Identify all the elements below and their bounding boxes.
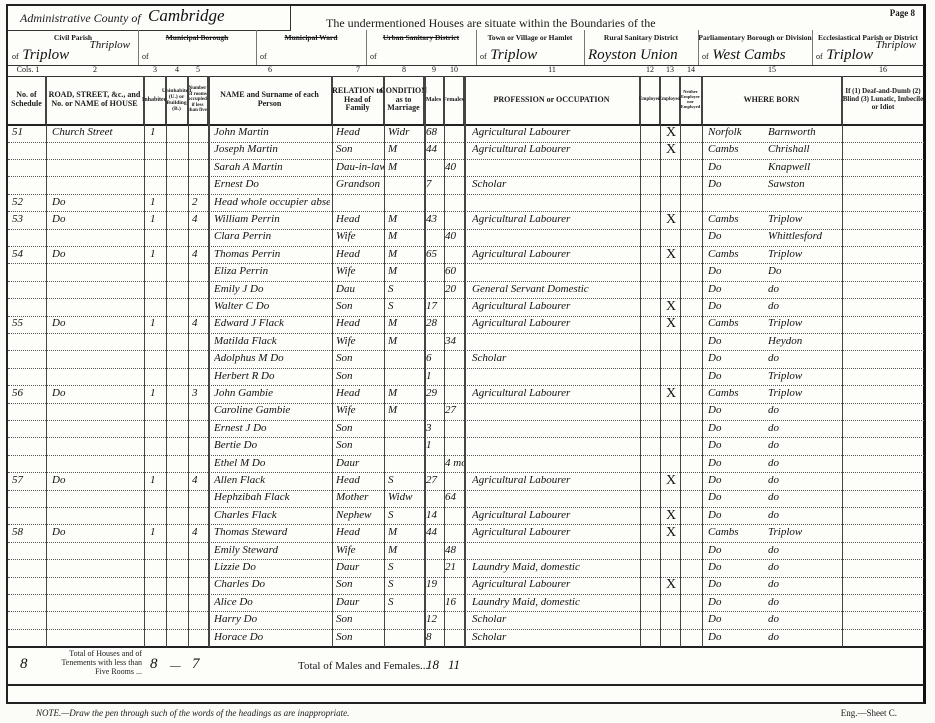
occupation: Laundry Maid, domestic <box>472 559 638 577</box>
condition: M <box>388 263 422 281</box>
rooms-count <box>192 542 206 560</box>
houses-inhabited <box>150 629 164 647</box>
of-prefix: of <box>816 52 823 61</box>
born-county: Cambs <box>708 315 758 333</box>
area-rural-sanitary: Rural Sanitary District Royston Union <box>584 30 699 65</box>
born-place: do <box>768 542 840 560</box>
schedule-number <box>12 333 42 351</box>
condition <box>388 368 422 386</box>
schedule-number <box>12 489 42 507</box>
condition <box>388 194 422 212</box>
person-name: John Gambie <box>214 385 330 403</box>
born-county: Do <box>708 576 758 594</box>
born-place: do <box>768 594 840 612</box>
area-value-text: West Cambs <box>712 47 785 63</box>
table-row: 56Do13John GambieHeadM29Agricultural Lab… <box>8 385 924 404</box>
houses-inhabited: 1 <box>150 472 164 490</box>
column-rule <box>464 76 466 647</box>
col-num: 13 <box>660 65 680 74</box>
table-row: Bertie DoSon1Dodo <box>8 437 924 456</box>
occupation <box>472 194 638 212</box>
street-name <box>52 333 142 351</box>
age-male: 12 <box>426 611 444 629</box>
area-value: of Triplow <box>12 47 69 64</box>
employed-mark: X <box>664 124 678 142</box>
age-female <box>445 211 464 229</box>
houses-inhabited: 1 <box>150 194 164 212</box>
occupation <box>472 228 638 246</box>
occupation <box>472 159 638 177</box>
born-place: Triplow <box>768 315 840 333</box>
header-males: Males <box>424 76 444 124</box>
age-female <box>445 420 464 438</box>
street-name <box>52 489 142 507</box>
born-county: Do <box>708 559 758 577</box>
age-female <box>445 611 464 629</box>
table-row: Alice DoDaurS16Laundry Maid, domesticDod… <box>8 594 924 613</box>
person-name: Walter C Do <box>214 298 330 316</box>
table-row: 52Do12Head whole occupier absent <box>8 194 924 213</box>
street-name <box>52 455 142 473</box>
person-name: Edward J Flack <box>214 315 330 333</box>
relation <box>336 194 384 212</box>
relation: Dau-in-law <box>336 159 384 177</box>
condition: M <box>388 524 422 542</box>
area-ecclesiastical: Ecclesiastical Parish or District Thripl… <box>812 30 924 65</box>
county-label: Administrative County of <box>20 11 141 26</box>
born-place: do <box>768 489 840 507</box>
schedule-number <box>12 176 42 194</box>
born-county: Do <box>708 281 758 299</box>
column-rule <box>680 76 681 647</box>
schedule-number: 51 <box>12 124 42 142</box>
table-row: Horace DoSon8ScholarDodo <box>8 629 924 648</box>
schedule-number <box>12 402 42 420</box>
age-male: 28 <box>426 315 444 333</box>
occupation <box>472 263 638 281</box>
street-name: Church Street <box>52 124 142 142</box>
column-rule <box>188 76 189 647</box>
age-male: 8 <box>426 629 444 647</box>
houses-inhabited: 1 <box>150 315 164 333</box>
schedule-number: 57 <box>12 472 42 490</box>
born-county: Cambs <box>708 385 758 403</box>
person-name: Harry Do <box>214 611 330 629</box>
column-rule <box>702 76 703 647</box>
rooms-count <box>192 629 206 647</box>
employed-mark <box>664 420 678 438</box>
condition: M <box>388 542 422 560</box>
area-municipal-borough: Municipal Borough of <box>138 30 257 65</box>
houses-inhabited: 1 <box>150 385 164 403</box>
employed-mark: X <box>664 141 678 159</box>
rooms-count <box>192 402 206 420</box>
rooms-count <box>192 159 206 177</box>
born-place: do <box>768 350 840 368</box>
employed-mark <box>664 437 678 455</box>
employed-mark <box>664 176 678 194</box>
schedule-number: 54 <box>12 246 42 264</box>
street-name: Do <box>52 246 142 264</box>
schedule-number: 52 <box>12 194 42 212</box>
census-sheet: Administrative County of Cambridge The u… <box>6 4 926 704</box>
relation: Head <box>336 385 384 403</box>
street-name <box>52 559 142 577</box>
area-value-text: Royston Union <box>588 47 678 64</box>
street-name <box>52 576 142 594</box>
houses-inhabited <box>150 455 164 473</box>
table-row: Charles FlackNephewS14Agricultural Labou… <box>8 507 924 526</box>
header-relation: RELATION to Head of Family <box>332 76 384 124</box>
area-label: Municipal Borough <box>138 33 256 42</box>
total-schedules: 8 <box>20 656 28 673</box>
table-row: Caroline GambieWifeM27Dodo <box>8 402 924 421</box>
relation: Mother <box>336 489 384 507</box>
rooms-count: 4 <box>192 472 206 490</box>
born-county: Do <box>708 611 758 629</box>
person-name: William Perrin <box>214 211 330 229</box>
rooms-count <box>192 263 206 281</box>
schedule-number <box>12 576 42 594</box>
total-persons-label: Total of Males and Females... <box>298 660 428 672</box>
totals-row: 8 Total of Houses and of Tenements with … <box>8 646 924 686</box>
area-label: Municipal Ward <box>256 33 366 42</box>
area-value-text: Triplow <box>490 47 537 63</box>
total-rooms: 7 <box>192 656 200 673</box>
employed-mark: X <box>664 524 678 542</box>
occupation: Agricultural Labourer <box>472 246 638 264</box>
occupation: Scholar <box>472 350 638 368</box>
born-place: do <box>768 559 840 577</box>
born-place: Knapwell <box>768 159 840 177</box>
age-female: 4 mo <box>445 455 464 473</box>
condition: M <box>388 315 422 333</box>
condition: S <box>388 298 422 316</box>
employed-mark: X <box>664 576 678 594</box>
occupation <box>472 402 638 420</box>
col-num: 2 <box>46 65 144 74</box>
born-place: Sawston <box>768 176 840 194</box>
table-row: 55Do14Edward J FlackHeadM28Agricultural … <box>8 315 924 334</box>
person-name: John Martin <box>214 124 330 142</box>
born-county: Do <box>708 629 758 647</box>
houses-inhabited <box>150 559 164 577</box>
rooms-count <box>192 333 206 351</box>
occupation: Agricultural Labourer <box>472 385 638 403</box>
age-female <box>445 350 464 368</box>
condition <box>388 420 422 438</box>
table-row: Harry DoSon12ScholarDodo <box>8 611 924 630</box>
rooms-count <box>192 228 206 246</box>
occupation: Agricultural Labourer <box>472 315 638 333</box>
occupation: Agricultural Labourer <box>472 298 638 316</box>
area-boundaries: Civil Parish Thriplow of Triplow Municip… <box>8 30 924 66</box>
area-urban-sanitary: Urban Sanitary District of <box>366 30 477 65</box>
relation: Head <box>336 246 384 264</box>
table-row: Charles DoSonS19Agricultural LabourerXDo… <box>8 576 924 595</box>
person-name: Allen Flack <box>214 472 330 490</box>
table-row: Ethel M DoDaur4 moDodo <box>8 455 924 474</box>
rooms-count <box>192 368 206 386</box>
street-name <box>52 298 142 316</box>
condition <box>388 176 422 194</box>
born-place: Do <box>768 263 840 281</box>
schedule-number <box>12 141 42 159</box>
condition: S <box>388 472 422 490</box>
born-place: do <box>768 507 840 525</box>
rooms-count: 4 <box>192 246 206 264</box>
age-female <box>445 629 464 647</box>
condition <box>388 437 422 455</box>
area-label: Parliamentary Borough or Division <box>698 33 812 42</box>
area-correction: Thriplow <box>90 39 130 51</box>
houses-inhabited <box>150 141 164 159</box>
street-name <box>52 176 142 194</box>
relation: Wife <box>336 228 384 246</box>
street-name: Do <box>52 194 142 212</box>
employed-mark <box>664 159 678 177</box>
born-place: Whittlesford <box>768 228 840 246</box>
schedule-number <box>12 437 42 455</box>
header-rooms: Number of rooms occupied if less than fi… <box>188 76 208 124</box>
street-name: Do <box>52 315 142 333</box>
street-name <box>52 228 142 246</box>
relation: Wife <box>336 263 384 281</box>
schedule-number <box>12 281 42 299</box>
condition: S <box>388 559 422 577</box>
page-label: Page 8 <box>890 8 915 18</box>
occupation: Agricultural Labourer <box>472 507 638 525</box>
employed-mark <box>664 402 678 420</box>
employed-mark <box>664 228 678 246</box>
born-place: Heydon <box>768 333 840 351</box>
age-female: 48 <box>445 542 464 560</box>
born-place <box>768 194 840 212</box>
col-num: 3 <box>144 65 166 74</box>
born-county: Do <box>708 159 758 177</box>
person-name: Ernest J Do <box>214 420 330 438</box>
col-num: 12 <box>640 65 660 74</box>
column-rule <box>444 76 445 647</box>
rooms-count <box>192 594 206 612</box>
sheet-id: Eng.—Sheet C. <box>841 708 897 718</box>
person-name: Caroline Gambie <box>214 402 330 420</box>
header-name: NAME and Surname of each Person <box>208 76 332 124</box>
rooms-count <box>192 455 206 473</box>
occupation <box>472 455 638 473</box>
born-county: Do <box>708 298 758 316</box>
born-place: do <box>768 437 840 455</box>
area-label: Urban Sanitary District <box>366 33 476 42</box>
occupation <box>472 333 638 351</box>
rooms-count: 4 <box>192 315 206 333</box>
rooms-count <box>192 141 206 159</box>
houses-inhabited <box>150 402 164 420</box>
relation: Wife <box>336 402 384 420</box>
born-place: do <box>768 402 840 420</box>
schedule-number <box>12 629 42 647</box>
age-male: 6 <box>426 350 444 368</box>
schedule-number <box>12 420 42 438</box>
person-name: Eliza Perrin <box>214 263 330 281</box>
age-male <box>426 333 444 351</box>
employed-mark: X <box>664 507 678 525</box>
table-row: 53Do14William PerrinHeadM43Agricultural … <box>8 211 924 230</box>
houses-inhabited <box>150 420 164 438</box>
age-female <box>445 298 464 316</box>
county-value: Cambridge <box>148 6 225 26</box>
schedule-number: 53 <box>12 211 42 229</box>
relation: Dau <box>336 281 384 299</box>
houses-inhabited <box>150 228 164 246</box>
occupation: Agricultural Labourer <box>472 141 638 159</box>
rooms-count <box>192 124 206 142</box>
born-place: do <box>768 472 840 490</box>
relation: Son <box>336 298 384 316</box>
schedule-number <box>12 559 42 577</box>
col-num: 4 <box>166 65 188 74</box>
houses-inhabited: 1 <box>150 524 164 542</box>
rooms-count <box>192 350 206 368</box>
born-place: do <box>768 281 840 299</box>
person-name: Head whole occupier absent <box>214 194 330 212</box>
person-name: Charles Flack <box>214 507 330 525</box>
col-num: 5 <box>188 65 208 74</box>
age-male: 43 <box>426 211 444 229</box>
houses-inhabited <box>150 594 164 612</box>
houses-inhabited <box>150 159 164 177</box>
occupation <box>472 420 638 438</box>
employed-mark <box>664 594 678 612</box>
rooms-count: 4 <box>192 524 206 542</box>
person-name: Sarah A Martin <box>214 159 330 177</box>
street-name <box>52 368 142 386</box>
table-row: Ernest J DoSon3Dodo <box>8 420 924 439</box>
street-name <box>52 141 142 159</box>
col-num: 8 <box>384 65 424 74</box>
houses-inhabited: 1 <box>150 211 164 229</box>
person-name: Bertie Do <box>214 437 330 455</box>
employed-mark <box>664 611 678 629</box>
condition: Widr <box>388 124 422 142</box>
col-num: 15 <box>702 65 842 74</box>
total-uninhabited: — <box>170 658 181 673</box>
table-row: Ernest DoGrandson7ScholarDoSawston <box>8 176 924 195</box>
schedule-number <box>12 542 42 560</box>
table-row: 58Do14Thomas StewardHeadM44Agricultural … <box>8 524 924 543</box>
age-male <box>426 194 444 212</box>
houses-inhabited <box>150 298 164 316</box>
street-name <box>52 611 142 629</box>
age-female <box>445 194 464 212</box>
born-place: Chrishall <box>768 141 840 159</box>
relation: Son <box>336 437 384 455</box>
column-rule <box>384 76 385 647</box>
condition: M <box>388 246 422 264</box>
rooms-count <box>192 611 206 629</box>
area-parliamentary: Parliamentary Borough or Division of Wes… <box>698 30 813 65</box>
street-name: Do <box>52 524 142 542</box>
condition <box>388 629 422 647</box>
age-male <box>426 542 444 560</box>
houses-inhabited <box>150 611 164 629</box>
relation: Son <box>336 141 384 159</box>
age-male <box>426 559 444 577</box>
schedule-number <box>12 507 42 525</box>
table-row: 51Church Street1John MartinHeadWidr68Agr… <box>8 124 924 143</box>
born-county: Do <box>708 402 758 420</box>
table-row: Joseph MartinSonM44Agricultural Labourer… <box>8 141 924 160</box>
rooms-count <box>192 489 206 507</box>
person-name: Thomas Perrin <box>214 246 330 264</box>
employed-mark: X <box>664 211 678 229</box>
table-row: Adolphus M DoSon6ScholarDodo <box>8 350 924 369</box>
born-place: Barnworth <box>768 124 840 142</box>
age-female <box>445 524 464 542</box>
street-name <box>52 629 142 647</box>
born-place: do <box>768 611 840 629</box>
born-place: do <box>768 455 840 473</box>
born-place: do <box>768 298 840 316</box>
street-name: Do <box>52 211 142 229</box>
houses-inhabited <box>150 333 164 351</box>
column-rule <box>166 76 167 647</box>
occupation: Scholar <box>472 629 638 647</box>
born-county: Do <box>708 333 758 351</box>
schedule-number <box>12 298 42 316</box>
condition: M <box>388 228 422 246</box>
condition <box>388 455 422 473</box>
schedule-number <box>12 368 42 386</box>
employed-mark <box>664 489 678 507</box>
header-condition: CONDITION as to Marriage <box>384 76 424 124</box>
of-prefix: of <box>12 52 19 61</box>
relation: Grandson <box>336 176 384 194</box>
age-male: 44 <box>426 141 444 159</box>
col-num: 11 <box>464 65 640 74</box>
houses-inhabited <box>150 176 164 194</box>
street-name <box>52 281 142 299</box>
relation: Daur <box>336 455 384 473</box>
age-female: 64 <box>445 489 464 507</box>
condition <box>388 611 422 629</box>
relation: Son <box>336 611 384 629</box>
total-houses-label: Total of Houses and of Tenements with le… <box>52 650 142 676</box>
born-county: Cambs <box>708 524 758 542</box>
age-male <box>426 489 444 507</box>
age-female <box>445 124 464 142</box>
header-females: Females <box>444 76 464 124</box>
person-name: Hephzibah Flack <box>214 489 330 507</box>
employed-mark: X <box>664 315 678 333</box>
rooms-count <box>192 437 206 455</box>
of-prefix: of <box>480 52 487 61</box>
header-uninhabited: Uninhabited (U.) or Building (B.) <box>166 76 188 124</box>
of-prefix: of <box>260 52 267 61</box>
column-rule <box>660 76 661 647</box>
age-male <box>426 455 444 473</box>
occupation: Agricultural Labourer <box>472 576 638 594</box>
houses-inhabited <box>150 368 164 386</box>
employed-mark <box>664 281 678 299</box>
relation: Wife <box>336 333 384 351</box>
employed-mark <box>664 350 678 368</box>
schedule-number <box>12 159 42 177</box>
intro-text: The undermentioned Houses are situate wi… <box>326 16 656 31</box>
age-female: 27 <box>445 402 464 420</box>
area-value-text: Triplow <box>826 47 873 63</box>
age-male: 3 <box>426 420 444 438</box>
